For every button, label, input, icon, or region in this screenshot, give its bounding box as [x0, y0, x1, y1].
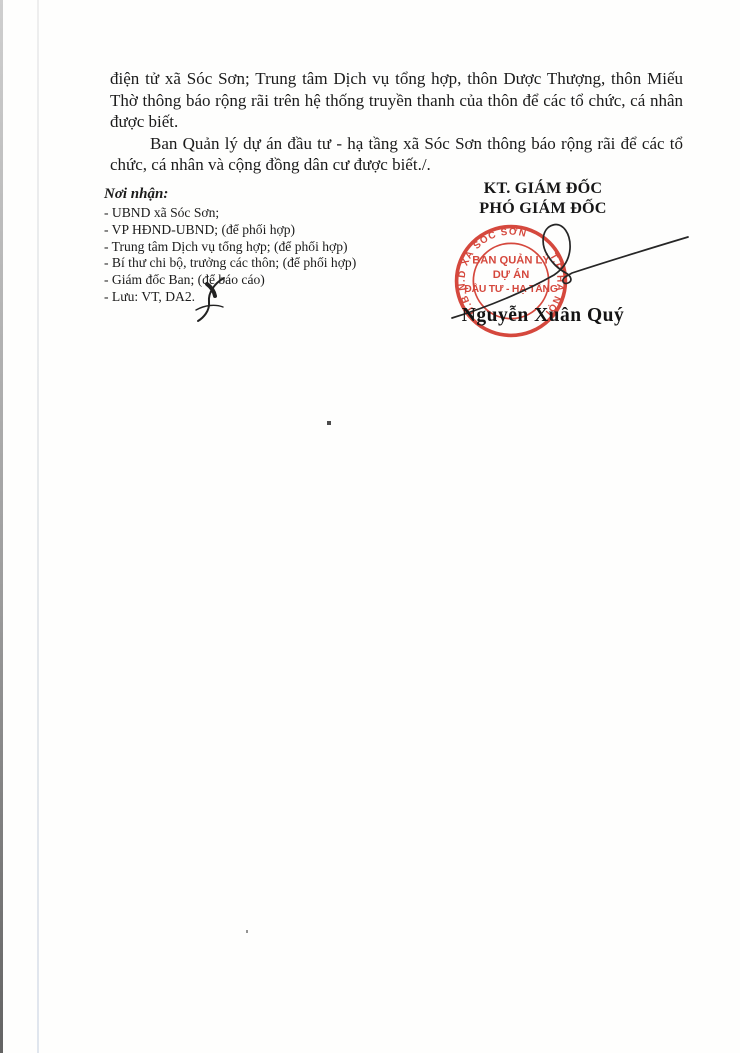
scan-speck: [327, 421, 331, 425]
body-paragraph-1: điện tử xã Sóc Sơn; Trung tâm Dịch vụ tổ…: [110, 68, 683, 133]
body-paragraph-2: Ban Quản lý dự án đầu tư - hạ tầng xã Só…: [110, 133, 683, 176]
scan-fold-line: [37, 0, 39, 1053]
signer-name: Nguyễn Xuân Quý: [433, 305, 653, 327]
recipient-item: - Trung tâm Dịch vụ tổng hợp; (để phối h…: [104, 239, 434, 256]
scan-speck: [246, 930, 248, 933]
recipient-item: - Bí thư chi bộ, trưởng các thôn; (để ph…: [104, 255, 434, 272]
recipients-block: Nơi nhận: - UBND xã Sóc Sơn; - VP HĐND-U…: [104, 186, 434, 306]
recipient-item: - UBND xã Sóc Sơn;: [104, 205, 434, 222]
signature-title-line1: KT. GIÁM ĐỐC: [430, 178, 656, 198]
scan-edge-shadow: [0, 0, 3, 1053]
recipient-item: - Giám đốc Ban; (để báo cáo): [104, 272, 434, 289]
pen-initials-mark: [193, 274, 233, 324]
recipient-item: - VP HĐND-UBND; (để phối hợp): [104, 222, 434, 239]
recipient-item: - Lưu: VT, DA2.: [104, 289, 434, 306]
scanned-document-page: điện tử xã Sóc Sơn; Trung tâm Dịch vụ tổ…: [0, 0, 740, 1053]
recipients-header: Nơi nhận:: [104, 186, 434, 203]
document-body: điện tử xã Sóc Sơn; Trung tâm Dịch vụ tổ…: [110, 68, 683, 176]
